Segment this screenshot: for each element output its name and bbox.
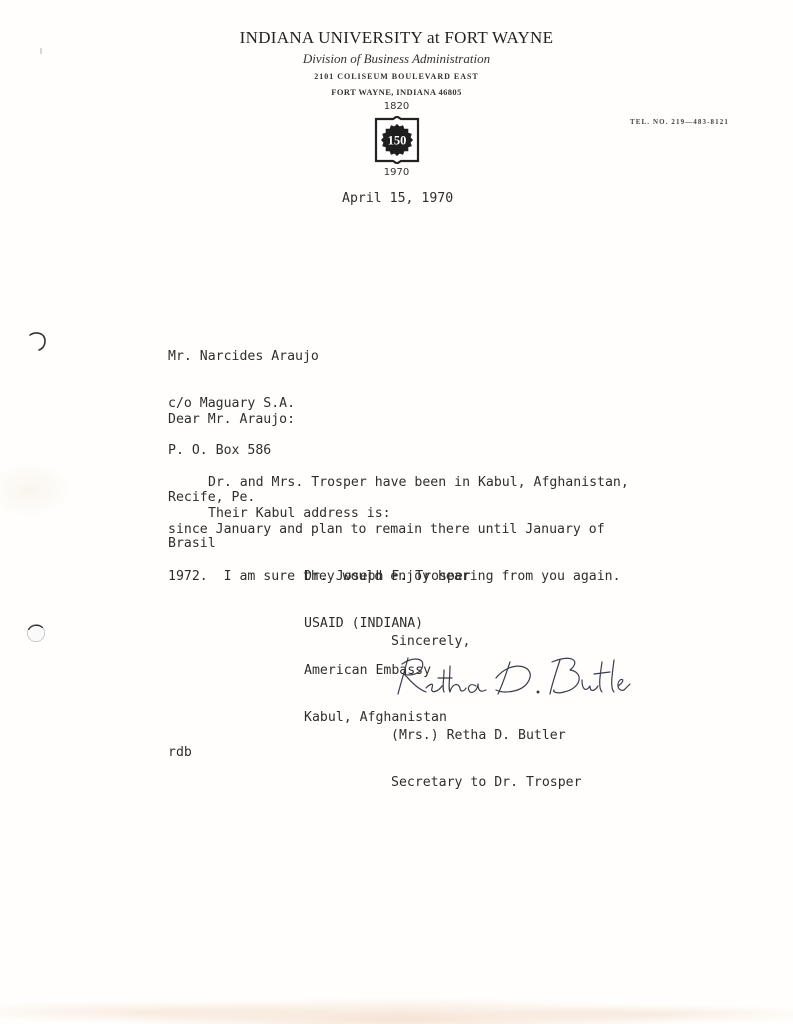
handwritten-signature — [392, 648, 632, 700]
punch-hole-icon — [26, 622, 46, 644]
signature-block: (Mrs.) Retha D. Butler Secretary to Dr. … — [391, 697, 582, 822]
city-address: FORT WAYNE, INDIANA 46805 — [0, 87, 793, 97]
division-name: Division of Business Administration — [0, 51, 793, 67]
kabul-address-line: Dr. Joseph F. Trosper — [304, 569, 471, 585]
inside-address-line: c/o Maguary S.A. — [168, 396, 319, 412]
salutation: Dear Mr. Araujo: — [168, 412, 295, 428]
paragraph-line: since January and plan to remain there u… — [168, 522, 629, 538]
svg-text:150: 150 — [388, 134, 407, 148]
year-end: 1970 — [0, 167, 793, 178]
typist-initials: rdb — [168, 745, 192, 761]
year-start: 1820 — [0, 101, 793, 112]
punch-hole-icon — [28, 330, 48, 352]
letter-page: INDIANA UNIVERSITY at FORT WAYNE Divisio… — [0, 0, 793, 1024]
letter-date: April 15, 1970 — [342, 191, 453, 207]
signer-name: (Mrs.) Retha D. Butler — [391, 728, 582, 744]
sesquicentennial-seal-icon: 150 — [374, 116, 420, 164]
institution-name: INDIANA UNIVERSITY at FORT WAYNE — [0, 28, 793, 48]
telephone-number: TEL. NO. 219—483-8121 — [630, 118, 729, 126]
street-address: 2101 COLISEUM BOULEVARD EAST — [0, 72, 793, 81]
body-paragraph-2: Their Kabul address is: — [208, 506, 391, 522]
kabul-address-line: USAID (INDIANA) — [304, 616, 471, 632]
paragraph-line: Dr. and Mrs. Trosper have been in Kabul,… — [168, 475, 629, 491]
signer-title: Secretary to Dr. Trosper — [391, 775, 582, 791]
inside-address-line: Mr. Narcides Araujo — [168, 349, 319, 365]
